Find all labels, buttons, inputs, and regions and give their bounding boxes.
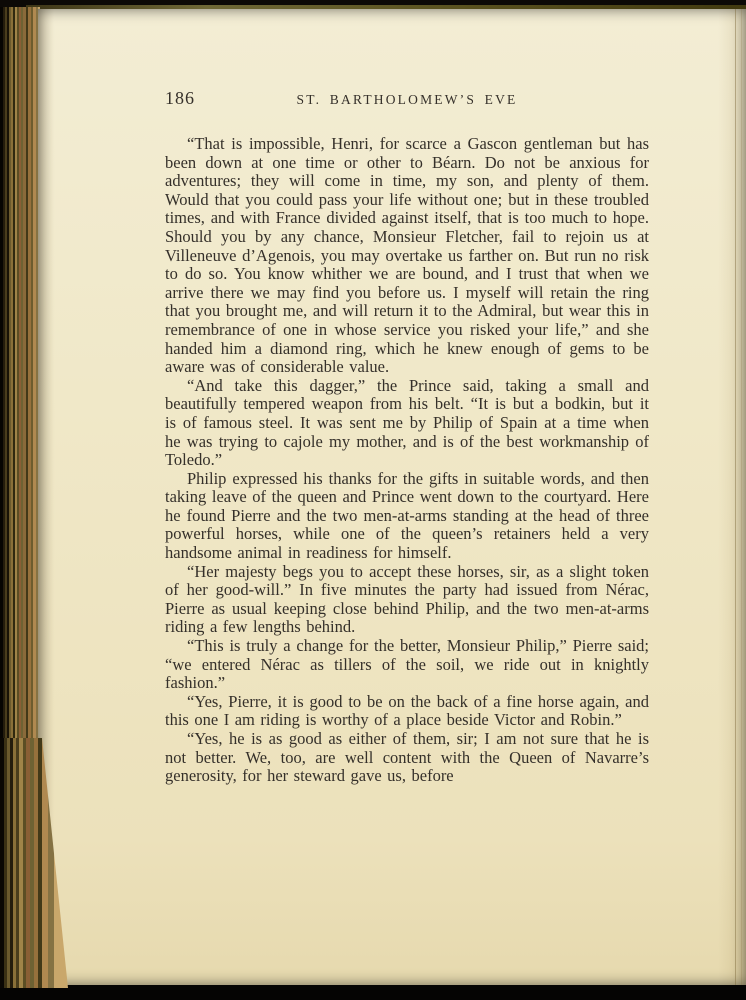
paragraph: “This is truly a change for the better, … bbox=[165, 637, 649, 693]
page-header: 186 ST. BARTHOLOMEW’S EVE bbox=[165, 88, 649, 109]
paragraph: “Yes, Pierre, it is good to be on the ba… bbox=[165, 693, 649, 730]
paragraph: “Yes, he is as good as either of them, s… bbox=[165, 730, 649, 786]
book-page: 186 ST. BARTHOLOMEW’S EVE “That is impos… bbox=[38, 9, 746, 985]
text-block: 186 ST. BARTHOLOMEW’S EVE “That is impos… bbox=[165, 88, 649, 786]
paragraph: “That is impossible, Henri, for scarce a… bbox=[165, 135, 649, 377]
paragraph: Philip expressed his thanks for the gift… bbox=[165, 470, 649, 563]
page-number: 186 bbox=[165, 88, 235, 109]
running-header: ST. BARTHOLOMEW’S EVE bbox=[235, 92, 579, 108]
paragraph: “Her majesty begs you to accept these ho… bbox=[165, 563, 649, 637]
page-right-edge-faint bbox=[741, 9, 742, 985]
book-scan: 186 ST. BARTHOLOMEW’S EVE “That is impos… bbox=[0, 0, 746, 1000]
page-right-edge bbox=[735, 9, 736, 985]
page-body: “That is impossible, Henri, for scarce a… bbox=[165, 135, 649, 786]
paragraph: “And take this dagger,” the Prince said,… bbox=[165, 377, 649, 470]
